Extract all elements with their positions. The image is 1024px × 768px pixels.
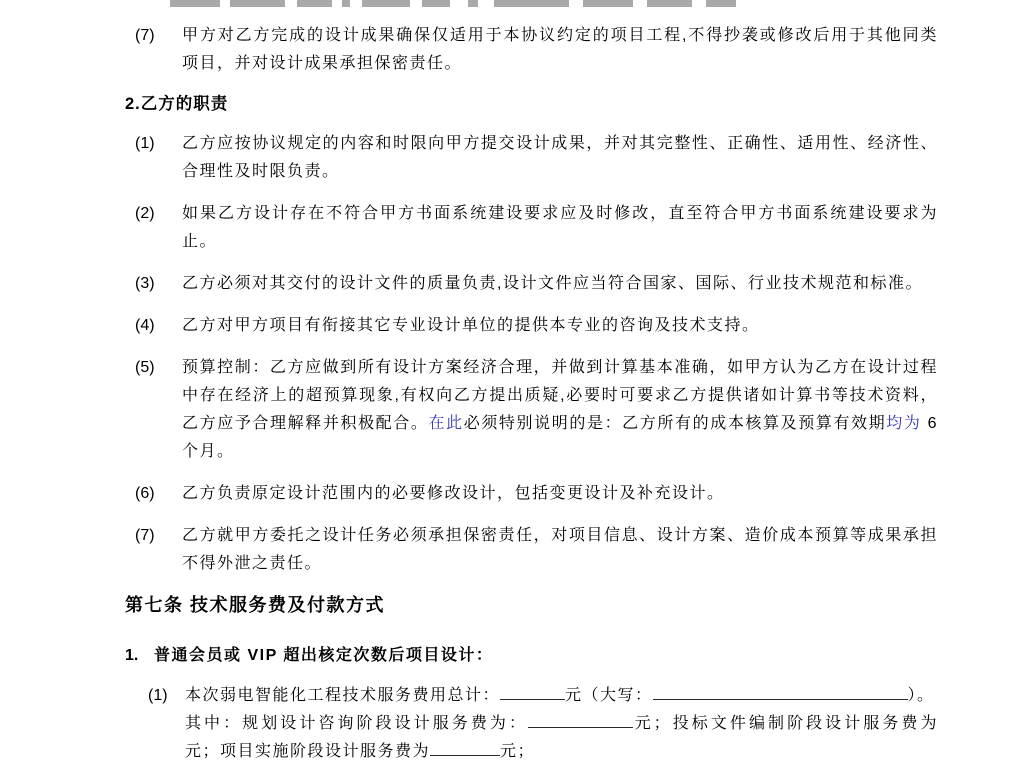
item-text: 乙方对甲方项目有衔接其它专业设计单位的提供本专业的咨询及技术支持。	[182, 312, 938, 340]
list-item-partyB-1: (1) 乙方应按协议规定的内容和时限向甲方提交设计成果，并对其完整性、正确性、适…	[125, 130, 938, 186]
item-number: (2)	[135, 200, 182, 256]
subheading-number: 1.	[125, 644, 154, 668]
fee-item-1: (1) 本次弱电智能化工程技术服务费用总计：元（大写：）。 其中：规划设计咨询阶…	[125, 682, 938, 766]
item-number: (7)	[135, 522, 182, 578]
list-item-partyB-7: (7) 乙方就甲方委托之设计任务必须承担保密责任，对项目信息、设计方案、造价成本…	[125, 522, 938, 578]
item-number: (1)	[135, 130, 182, 186]
fee-text-segment: 本次弱电智能化工程技术服务费用总计：	[185, 687, 500, 704]
revision-text: 均为	[886, 415, 921, 432]
fee-line-1: 本次弱电智能化工程技术服务费用总计：元（大写：）。	[185, 682, 938, 710]
section-heading-partyB-duties: 2.乙方的职责	[125, 92, 938, 116]
fee-text-segment: ）。	[908, 687, 935, 704]
fee-text-segment: 其中：规划设计咨询阶段设计服务费为：	[185, 715, 528, 732]
article7-heading: 第七条 技术服务费及付款方式	[125, 592, 938, 618]
item-text: 乙方应按协议规定的内容和时限向甲方提交设计成果，并对其完整性、正确性、适用性、经…	[182, 130, 938, 186]
list-item-partyB-6: (6) 乙方负责原定设计范围内的必要修改设计，包括变更设计及补充设计。	[125, 480, 938, 508]
amount-in-words-blank	[653, 684, 908, 700]
subheading-text: 普通会员或 VIP 超出核定次数后项目设计：	[154, 644, 493, 668]
item-text: 预算控制：乙方应做到所有设计方案经济合理，并做到计算基本准确，如甲方认为乙方在设…	[182, 354, 938, 466]
item-text-segment: 必须特别说明的是：乙方所有的成本核算及预算有效期	[464, 415, 887, 432]
total-amount-blank	[500, 684, 565, 700]
item-number: (1)	[148, 682, 185, 766]
contract-document-page: (7) 甲方对乙方完成的设计成果确保仅适用于本协议约定的项目工程,不得抄袭或修改…	[0, 0, 1024, 768]
fee-text-segment: 元（大写：	[565, 687, 653, 704]
clipped-text-line	[125, 0, 938, 10]
item-text: 乙方必须对其交付的设计文件的质量负责,设计文件应当符合国家、国际、行业技术规范和…	[182, 270, 938, 298]
list-item-partyB-4: (4) 乙方对甲方项目有衔接其它专业设计单位的提供本专业的咨询及技术支持。	[125, 312, 938, 340]
revision-text: 在此	[429, 415, 464, 432]
planning-stage-fee-blank	[528, 712, 633, 728]
fee-text-segment: 元；投标文件编制阶段设计服务费为	[633, 715, 938, 732]
fee-text-segment: 元；	[500, 743, 535, 760]
list-item-partyB-5: (5) 预算控制：乙方应做到所有设计方案经济合理，并做到计算基本准确，如甲方认为…	[125, 354, 938, 466]
item-number: (4)	[135, 312, 182, 340]
fee-line-3: 元；项目实施阶段设计服务费为元；	[185, 738, 938, 766]
item-text: 甲方对乙方完成的设计成果确保仅适用于本协议约定的项目工程,不得抄袭或修改后用于其…	[182, 22, 938, 78]
list-item-partyB-3: (3) 乙方必须对其交付的设计文件的质量负责,设计文件应当符合国家、国际、行业技…	[125, 270, 938, 298]
fee-text-segment: 元；项目实施阶段设计服务费为	[185, 743, 430, 760]
list-item-partyA-7: (7) 甲方对乙方完成的设计成果确保仅适用于本协议约定的项目工程,不得抄袭或修改…	[125, 22, 938, 78]
fee-line-2: 其中：规划设计咨询阶段设计服务费为：元；投标文件编制阶段设计服务费为	[185, 710, 938, 738]
item-text: 乙方就甲方委托之设计任务必须承担保密责任，对项目信息、设计方案、造价成本预算等成…	[182, 522, 938, 578]
article7-subheading-1: 1. 普通会员或 VIP 超出核定次数后项目设计：	[125, 644, 938, 668]
fee-item-text: 本次弱电智能化工程技术服务费用总计：元（大写：）。 其中：规划设计咨询阶段设计服…	[185, 682, 938, 766]
item-number: (6)	[135, 480, 182, 508]
document-content: (7) 甲方对乙方完成的设计成果确保仅适用于本协议约定的项目工程,不得抄袭或修改…	[125, 0, 938, 766]
item-text: 如果乙方设计存在不符合甲方书面系统建设要求应及时修改，直至符合甲方书面系统建设要…	[182, 200, 938, 256]
list-item-partyB-2: (2) 如果乙方设计存在不符合甲方书面系统建设要求应及时修改，直至符合甲方书面系…	[125, 200, 938, 256]
item-number: (3)	[135, 270, 182, 298]
item-number: (5)	[135, 354, 182, 466]
item-text: 乙方负责原定设计范围内的必要修改设计，包括变更设计及补充设计。	[182, 480, 938, 508]
item-number: (7)	[135, 22, 182, 78]
implementation-stage-fee-blank	[430, 740, 500, 756]
